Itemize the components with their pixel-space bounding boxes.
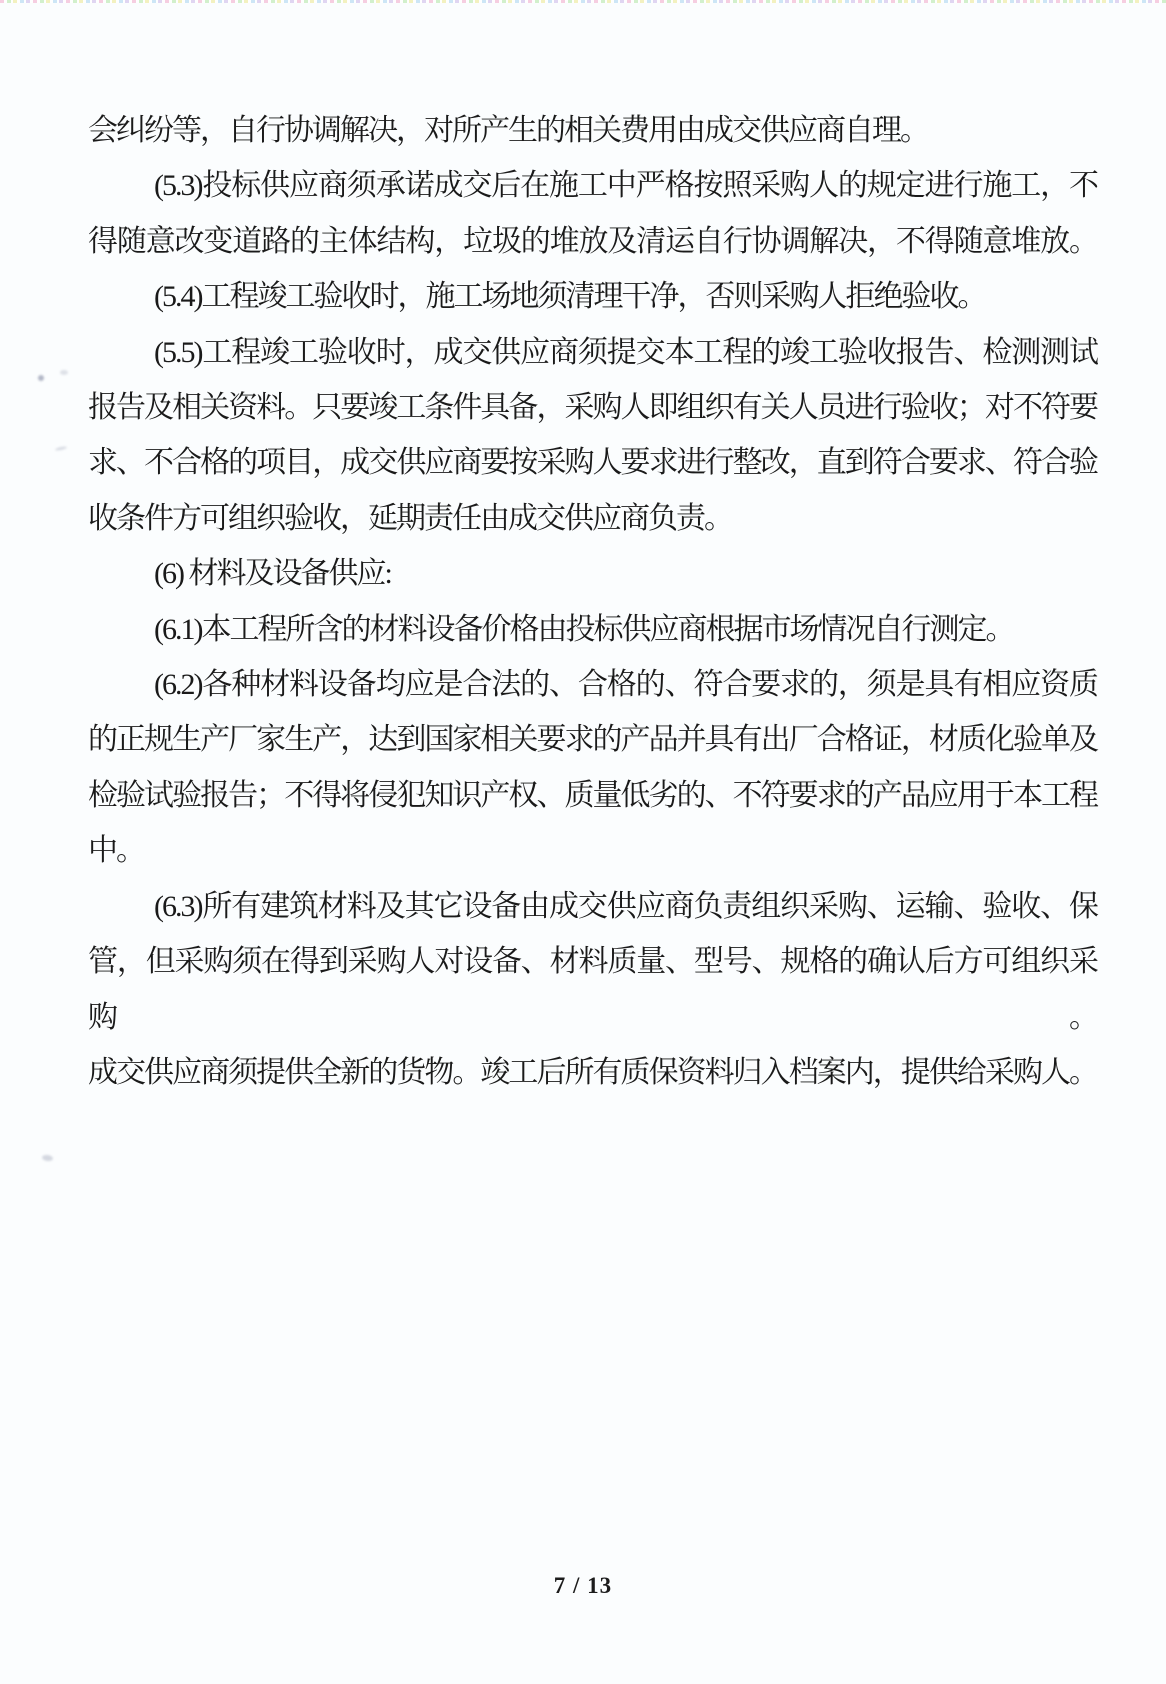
text-line: (6) 材料及设备供应:	[88, 546, 1097, 601]
text-line: 收条件方可组织验收，延期责任由成交供应商负责。	[88, 491, 1097, 546]
scan-speck	[42, 1154, 54, 1161]
text-line: (5.3)投标供应商须承诺成交后在施工中严格按照采购人的规定进行施工，不	[88, 158, 1097, 213]
text-line: (6.1)本工程所含的材料设备价格由投标供应商根据市场情况自行测定。	[88, 602, 1097, 657]
text-line: 的正规生产厂家生产，达到国家相关要求的产品并具有出厂合格证，材质化验单及	[88, 712, 1097, 767]
scan-speck	[60, 370, 68, 375]
scan-speck	[55, 446, 67, 451]
text-line: 成交供应商须提供全新的货物。竣工后所有质保资料归入档案内，提供给采购人。	[88, 1045, 1097, 1100]
text-line: 求、不合格的项目，成交供应商要按采购人要求进行整改，直到符合要求、符合验	[88, 435, 1097, 490]
text-line: 报告及相关资料。只要竣工条件具备，采购人即组织有关人员进行验收；对不符要	[88, 380, 1097, 435]
scan-speck	[38, 375, 44, 381]
text-line: 中。	[88, 823, 1097, 878]
document-body: 会纠纷等，自行协调解决，对所产生的相关费用由成交供应商自理。(5.3)投标供应商…	[88, 103, 1097, 1100]
text-line: (5.4)工程竣工验收时，施工场地须清理干净，否则采购人拒绝验收。	[88, 269, 1097, 324]
text-line: (5.5)工程竣工验收时，成交供应商须提交本工程的竣工验收报告、检测测试	[88, 325, 1097, 380]
document-page: 会纠纷等，自行协调解决，对所产生的相关费用由成交供应商自理。(5.3)投标供应商…	[0, 0, 1166, 1684]
text-line: (6.2)各种材料设备均应是合法的、合格的、符合要求的，须是具有相应资质	[88, 657, 1097, 712]
text-line: (6.3)所有建筑材料及其它设备由成交供应商负责组织采购、运输、验收、保	[88, 879, 1097, 934]
scan-edge-artifact	[0, 0, 1166, 3]
page-number: 7 / 13	[0, 1573, 1166, 1599]
text-line: 会纠纷等，自行协调解决，对所产生的相关费用由成交供应商自理。	[88, 103, 1097, 158]
text-line: 得随意改变道路的主体结构，垃圾的堆放及清运自行协调解决，不得随意堆放。	[88, 214, 1097, 269]
text-line: 管，但采购须在得到采购人对设备、材料质量、型号、规格的确认后方可组织采购。	[88, 934, 1097, 1045]
text-line: 检验试验报告；不得将侵犯知识产权、质量低劣的、不符要求的产品应用于本工程	[88, 768, 1097, 823]
